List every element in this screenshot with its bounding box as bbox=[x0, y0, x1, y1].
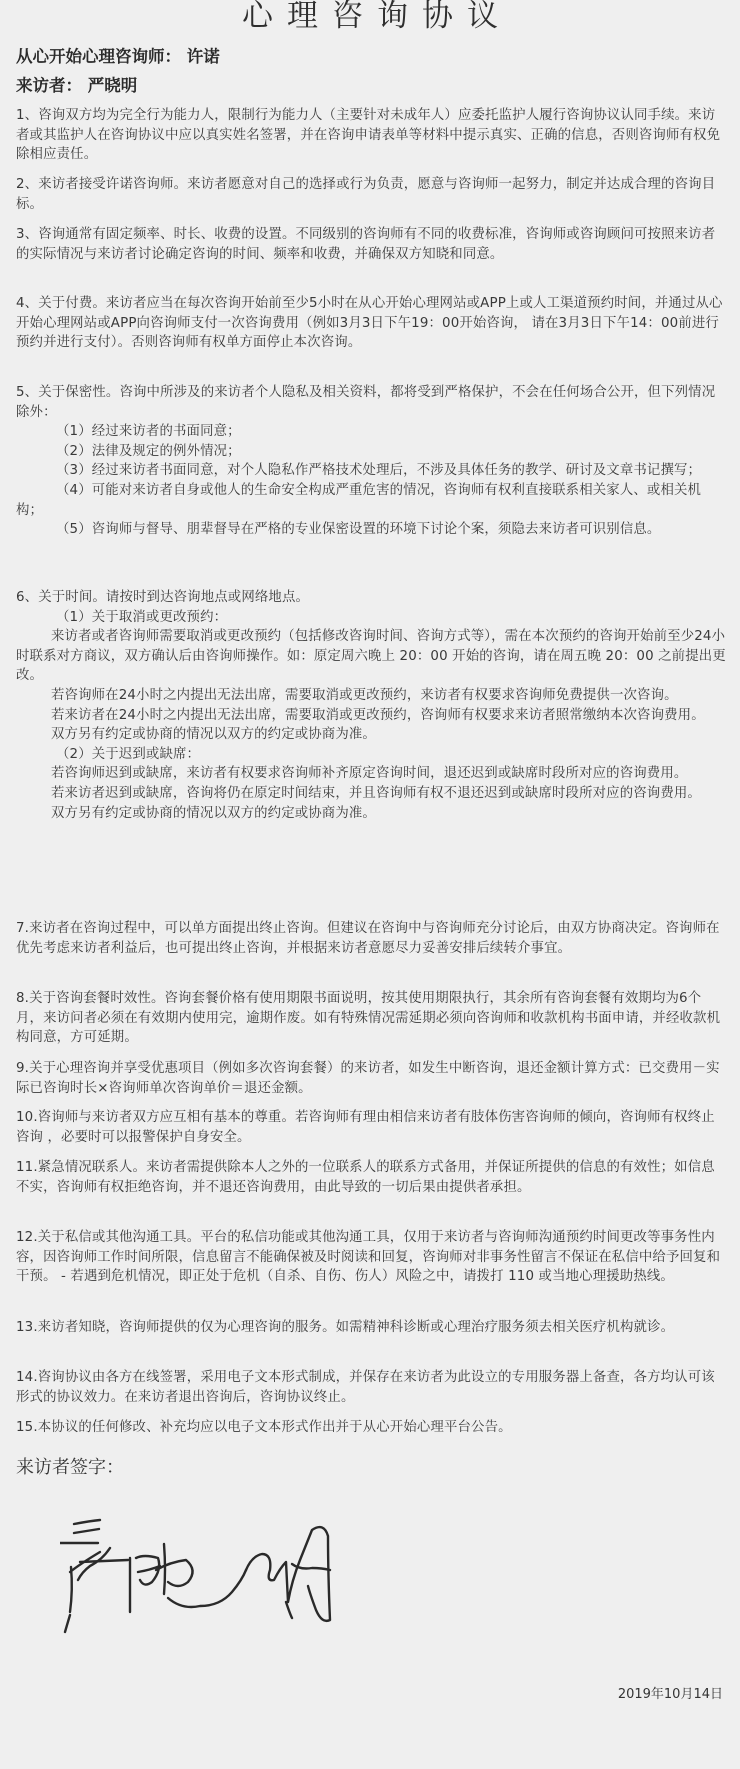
clause-item: 双方另有约定或协商的情况以双方的约定或协商为准。 bbox=[16, 804, 728, 824]
clause-item: （2）法律及规定的例外情况； bbox=[16, 442, 728, 462]
clause-5: 5、关于保密性。咨询中所涉及的来访者个人隐私及相关资料，都将受到严格保护，不会在… bbox=[16, 383, 728, 540]
clause-text: 1、咨询双方均为完全行为能力人，限制行为能力人（主要针对未成年人）应委托监护人履… bbox=[16, 106, 728, 165]
clause-14: 14.咨询协议由各方在线签署，采用电子文本形式制成，并保存在来访者为此设立的专用… bbox=[16, 1368, 728, 1407]
clause-10: 10.咨询师与来访者双方应互相有基本的尊重。若咨询师有理由相信来访者有肢体伤害咨… bbox=[16, 1108, 728, 1147]
clause-text: 13.来访者知晓，咨询师提供的仅为心理咨询的服务。如需精神科诊断或心理治疗服务须… bbox=[16, 1318, 728, 1338]
clause-8: 8.关于咨询套餐时效性。咨询套餐价格有使用期限书面说明，按其使用期限执行，其余所… bbox=[16, 989, 728, 1048]
clause-13: 13.来访者知晓，咨询师提供的仅为心理咨询的服务。如需精神科诊断或心理治疗服务须… bbox=[16, 1318, 728, 1338]
clause-9: 9.关于心理咨询并享受优惠项目（例如多次咨询套餐）的来访者，如发生中断咨询，退还… bbox=[16, 1059, 728, 1098]
handwritten-signature bbox=[60, 1510, 460, 1670]
signature-label: 来访者签字： bbox=[16, 1456, 124, 1480]
clause-2: 2、来访者接受许诺咨询师。来访者愿意对自己的选择或行为负责，愿意与咨询师一起努力… bbox=[16, 175, 728, 214]
clause-item: 来访者或者咨询师需要取消或更改预约（包括修改咨询时间、咨询方式等），需在本次预约… bbox=[16, 627, 728, 686]
clause-text: 9.关于心理咨询并享受优惠项目（例如多次咨询套餐）的来访者，如发生中断咨询，退还… bbox=[16, 1059, 728, 1098]
clause-4: 4、关于付费。来访者应当在每次咨询开始前至少5小时在从心开始心理网站或APP上或… bbox=[16, 294, 728, 353]
clause-12: 12.关于私信或其他沟通工具。平台的私信功能或其他沟通工具，仅用于来访者与咨询师… bbox=[16, 1228, 728, 1287]
clause-text: 2、来访者接受许诺咨询师。来访者愿意对自己的选择或行为负责，愿意与咨询师一起努力… bbox=[16, 175, 728, 214]
clause-item: （1）经过来访者的书面同意； bbox=[16, 422, 728, 442]
clause-item: 双方另有约定或协商的情况以双方的约定或协商为准。 bbox=[16, 725, 728, 745]
clause-text: 10.咨询师与来访者双方应互相有基本的尊重。若咨询师有理由相信来访者有肢体伤害咨… bbox=[16, 1108, 728, 1147]
clause-item: 若咨询师在24小时之内提出无法出席，需要取消或更改预约，来访者有权要求咨询师免费… bbox=[16, 686, 728, 706]
clause-text: 3、咨询通常有固定频率、时长、收费的设置。不同级别的咨询师有不同的收费标准，咨询… bbox=[16, 225, 728, 264]
clause-1: 1、咨询双方均为完全行为能力人，限制行为能力人（主要针对未成年人）应委托监护人履… bbox=[16, 106, 728, 165]
clause-text: 8.关于咨询套餐时效性。咨询套餐价格有使用期限书面说明，按其使用期限执行，其余所… bbox=[16, 989, 728, 1048]
clause-item: 若来访者迟到或缺席，咨询将仍在原定时间结束，并且咨询师有权不退还迟到或缺席时段所… bbox=[16, 784, 728, 804]
clause-item: （4）可能对来访者自身或他人的生命安全构成严重危害的情况，咨询师有权利直接联系相… bbox=[16, 481, 728, 520]
signature-date: 2019年10月14日 bbox=[618, 1686, 723, 1704]
clause-subheading: （2）关于迟到或缺席： bbox=[16, 745, 728, 765]
clause-item: （3）经过来访者书面同意，对个人隐私作严格技术处理后，不涉及具体任务的教学、研讨… bbox=[16, 461, 728, 481]
clause-3: 3、咨询通常有固定频率、时长、收费的设置。不同级别的咨询师有不同的收费标准，咨询… bbox=[16, 225, 728, 264]
clause-text: 14.咨询协议由各方在线签署，采用电子文本形式制成，并保存在来访者为此设立的专用… bbox=[16, 1368, 728, 1407]
clause-15: 15.本协议的任何修改、补充均应以电子文本形式作出并于从心开始心理平台公告。 bbox=[16, 1418, 728, 1438]
counselor-line: 从心开始心理咨询师： 许诺 bbox=[16, 46, 220, 68]
clause-text: 4、关于付费。来访者应当在每次咨询开始前至少5小时在从心开始心理网站或APP上或… bbox=[16, 294, 728, 353]
visitor-line: 来访者： 严晓明 bbox=[16, 75, 137, 97]
clause-item: 若咨询师迟到或缺席，来访者有权要求咨询师补齐原定咨询时间，退还迟到或缺席时段所对… bbox=[16, 764, 728, 784]
clause-text: 12.关于私信或其他沟通工具。平台的私信功能或其他沟通工具，仅用于来访者与咨询师… bbox=[16, 1228, 728, 1287]
clause-7: 7.来访者在咨询过程中，可以单方面提出终止咨询。但建议在咨询中与咨询师充分讨论后… bbox=[16, 919, 728, 958]
clause-text: 5、关于保密性。咨询中所涉及的来访者个人隐私及相关资料，都将受到严格保护，不会在… bbox=[16, 383, 728, 422]
document-title: 心理咨询协议 bbox=[0, 0, 740, 36]
clause-text: 11.紧急情况联系人。来访者需提供除本人之外的一位联系人的联系方式备用，并保证所… bbox=[16, 1158, 728, 1197]
clause-subheading: （1）关于取消或更改预约： bbox=[16, 608, 728, 628]
clause-6: 6、关于时间。请按时到达咨询地点或网络地点。 （1）关于取消或更改预约： 来访者… bbox=[16, 588, 728, 823]
clause-item: （5）咨询师与督导、朋辈督导在严格的专业保密设置的环境下讨论个案，须隐去来访者可… bbox=[16, 520, 728, 540]
clause-item: 若来访者在24小时之内提出无法出席，需要取消或更改预约，咨询师有权要求来访者照常… bbox=[16, 706, 728, 726]
clause-text: 7.来访者在咨询过程中，可以单方面提出终止咨询。但建议在咨询中与咨询师充分讨论后… bbox=[16, 919, 728, 958]
clause-11: 11.紧急情况联系人。来访者需提供除本人之外的一位联系人的联系方式备用，并保证所… bbox=[16, 1158, 728, 1197]
clause-text: 6、关于时间。请按时到达咨询地点或网络地点。 bbox=[16, 588, 728, 608]
clause-text: 15.本协议的任何修改、补充均应以电子文本形式作出并于从心开始心理平台公告。 bbox=[16, 1418, 728, 1438]
